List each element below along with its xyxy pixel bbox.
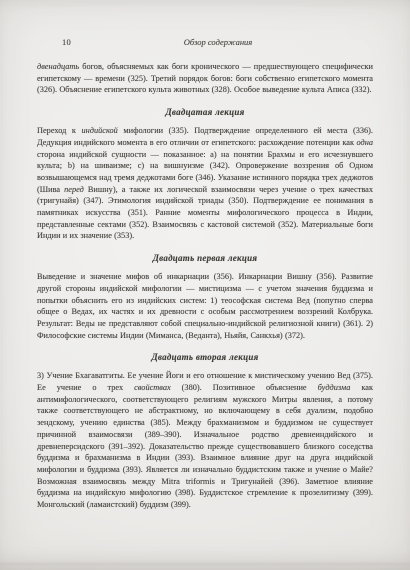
text-run: (380). Позитивное объяснение bbox=[171, 383, 318, 392]
text-run: свойствах bbox=[134, 383, 171, 392]
text-run: Двадцать вторая лекция bbox=[152, 352, 259, 362]
content-paragraph: 3) Учение Бхагаватгиты. Ее учение Йоги и… bbox=[37, 370, 373, 510]
lecture-heading: Двадцать вторая лекция bbox=[37, 351, 373, 363]
text-run: двенадцать bbox=[37, 62, 79, 71]
page-body: двенадцать богов, объясняемых как боги к… bbox=[37, 61, 373, 511]
book-page: 10 Обзор содержания двенадцать богов, об… bbox=[0, 0, 410, 570]
text-run: как антимифологического, соответствующег… bbox=[37, 383, 373, 509]
text-run: перед bbox=[64, 185, 84, 194]
running-header: Обзор содержания bbox=[50, 37, 386, 48]
content-paragraph: Выведение и значение мифов об инкарнации… bbox=[37, 271, 373, 341]
text-run: Двадцатая лекция bbox=[166, 107, 245, 117]
text-run: богов, объясняемых как боги кронического… bbox=[37, 62, 373, 94]
lecture-heading: Двадцать первая лекция bbox=[37, 252, 373, 264]
text-run: Выведение и значение мифов об инкарнации… bbox=[37, 272, 373, 340]
content-paragraph: Переход к индийской мифологии (335). Под… bbox=[37, 125, 373, 242]
scanned-book-photo: { "page": { "number": "10", "running_hea… bbox=[0, 0, 410, 570]
text-run: индийской bbox=[82, 126, 118, 135]
lecture-heading: Двадцатая лекция bbox=[37, 106, 373, 118]
text-run: Переход к bbox=[37, 126, 82, 135]
text-run: одна bbox=[356, 138, 373, 147]
text-run: Вишну), а также их логической взаимосвяз… bbox=[37, 185, 373, 241]
content-paragraph: двенадцать богов, объясняемых как боги к… bbox=[37, 61, 373, 96]
page-header-row: 10 Обзор содержания bbox=[37, 37, 373, 49]
text-run: буддизма bbox=[318, 383, 351, 392]
text-run: Двадцать первая лекция bbox=[153, 253, 258, 263]
